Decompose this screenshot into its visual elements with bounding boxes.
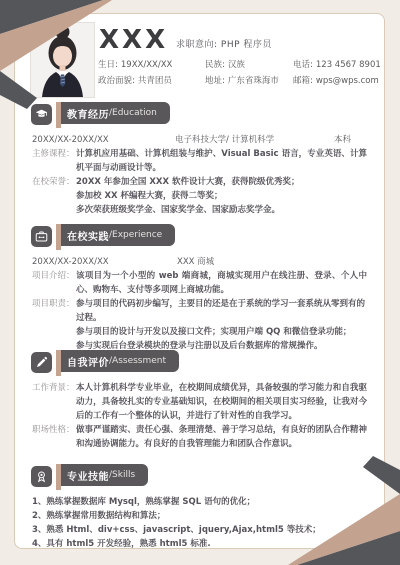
info-value: 123 4567 8901 [316,60,381,70]
assessment-character-row: 职场性格： 做事严谨踏实、责任心强、条理清楚、善于学习总结，有良好的团队合作精神… [32,423,367,451]
background-label: 工作背景： [32,381,76,395]
section-title-zh: 教育经历 [67,106,109,121]
section-title-zh: 专业技能 [67,468,109,483]
info-value: 汉族 [228,60,245,70]
section-experience-title: 在校实践/Experience [61,224,175,246]
medal-icon [31,466,52,487]
info-label: 电话: [293,60,313,70]
education-school: 电子科技大学/ 计算机科学 [175,133,334,147]
candidate-name: XXX [99,25,168,55]
pencil-icon [31,352,52,373]
education-honors-row: 在校荣誉： 20XX 年参加全国 XXX 软件设计大赛，获得院级优秀奖； 参加校… [32,175,367,217]
honor-item: 20XX 年参加全国 XXX 软件设计大赛，获得院级优秀奖； [76,175,367,189]
section-skills-title: 专业技能/Skills [61,464,148,486]
job-objective: 求职意向: PHP 程序员 [176,37,272,50]
info-value: 共青团员 [138,76,172,86]
background-text: 本人计算机科学专业毕业，在校期间成绩优异，具备较强的学习能力和自我驱动力，具备较… [76,381,367,423]
skill-item: 3、熟悉 Html、div+css、javascript、jquery,Ajax… [32,523,367,537]
section-assessment-title: 自我评价/Assessment [61,350,179,372]
section-title-en: /Assessment [109,356,166,366]
experience-project: XXX 商城 [177,255,214,269]
experience-entry-row: 20XX/XX-20XX/XX XXX 商城 [32,255,367,269]
info-value: 广东省珠海市 [228,76,279,86]
info-label: 邮箱: [293,76,313,86]
character-text: 做事严谨踏实、责任心强、条理清楚、善于学习总结，有良好的团队合作精神和沟通协调能… [76,423,367,451]
section-education-title: 教育经历/Education [61,102,170,124]
info-political-status: 政治面貌:共青团员 [98,74,205,86]
experience-intro-row: 项目介绍： 该项目为一个小型的 web 端商城，商城实现用户在线注册、登录、个人… [32,269,367,297]
education-degree: 本科 [334,133,351,147]
education-period: 20XX/XX-20XX/XX [32,133,175,147]
courses-text: 计算机应用基础、计算机组装与维护、Visual Basic 语言，专业英语、计算… [76,147,367,175]
education-courses-row: 主修课程： 计算机应用基础、计算机组装与维护、Visual Basic 语言，专… [32,147,367,175]
education-entry-row: 20XX/XX-20XX/XX 电子科技大学/ 计算机科学 本科 [32,133,367,147]
info-label: 民族: [205,60,225,70]
info-label: 地址: [205,76,225,86]
character-label: 职场性格： [32,423,76,437]
briefcase-icon [31,226,52,247]
info-value: 19XX/XX/XX [121,60,172,70]
info-value: wps@wps.com [316,76,379,86]
graduation-cap-icon [31,104,52,125]
info-label: 政治面貌: [98,76,135,86]
section-title-en: /Experience [109,230,162,240]
skill-item: 4、具有 html5 开发经验，熟悉 html5 标准. [32,537,367,551]
section-skills: 专业技能/Skills 1、熟练掌握数据库 Mysql，熟练掌握 SQL 语句的… [0,464,400,551]
section-experience-header: 在校实践/Experience [31,224,400,253]
personal-info: 生日:19XX/XX/XX 民族:汉族 电话:123 4567 8901 政治面… [98,56,381,88]
honor-item: 参加校 XX 杯编程大赛，获得二等奖； [76,189,367,203]
section-assessment-header: 自我评价/Assessment [31,350,400,379]
honors-list: 20XX 年参加全国 XXX 软件设计大赛，获得院级优秀奖； 参加校 XX 杯编… [76,175,367,217]
section-assessment: 自我评价/Assessment 工作背景： 本人计算机科学专业毕业，在校期间成绩… [0,350,400,451]
duty-list: 参与项目的代码初步编写，主要目的还是在于系统的学习一套系统从零到有的过程。 参与… [76,297,367,353]
info-birthday: 生日:19XX/XX/XX [98,58,205,70]
duty-item: 参与项目的设计与开发以及接口文件；实现用户端 QQ 和微信登录功能； [76,325,367,339]
honor-item: 多次荣获班级奖学金、国家奖学金、国家励志奖学金。 [76,203,367,217]
experience-duty-row: 项目职责： 参与项目的代码初步编写，主要目的还是在于系统的学习一套系统从零到有的… [32,297,367,353]
honors-label: 在校荣誉： [32,175,76,189]
section-title-en: /Skills [109,470,135,480]
section-education-header: 教育经历/Education [31,102,400,131]
section-title-zh: 自我评价 [67,354,109,369]
intro-label: 项目介绍： [32,269,76,283]
duty-item: 参与项目的代码初步编写，主要目的还是在于系统的学习一套系统从零到有的过程。 [76,297,367,325]
section-title-en: /Education [109,108,157,118]
duty-label: 项目职责： [32,297,76,311]
portrait-illustration [31,23,94,97]
section-title-zh: 在校实践 [67,228,109,243]
objective-value: PHP 程序员 [221,40,272,50]
profile-photo [30,22,95,98]
info-ethnicity: 民族:汉族 [205,58,293,70]
assessment-background-row: 工作背景： 本人计算机科学专业毕业，在校期间成绩优异，具备较强的学习能力和自我驱… [32,381,367,423]
info-email: 邮箱:wps@wps.com [293,74,381,86]
info-address: 地址:广东省珠海市 [205,74,293,86]
section-skills-header: 专业技能/Skills [31,464,400,493]
objective-label: 求职意向: [176,40,221,50]
skill-item: 1、熟练掌握数据库 Mysql，熟练掌握 SQL 语句的优化； [32,495,367,509]
info-label: 生日: [98,60,118,70]
intro-text: 该项目为一个小型的 web 端商城，商城实现用户在线注册、登录、个人中心、购物车… [76,269,367,297]
info-phone: 电话:123 4567 8901 [293,58,381,70]
section-education: 教育经历/Education 20XX/XX-20XX/XX 电子科技大学/ 计… [0,102,400,217]
courses-label: 主修课程： [32,147,76,161]
section-experience: 在校实践/Experience 20XX/XX-20XX/XX XXX 商城 项… [0,224,400,353]
skill-item: 2、熟练掌握常用数据结构和算法； [32,509,367,523]
experience-period: 20XX/XX-20XX/XX [32,255,177,269]
